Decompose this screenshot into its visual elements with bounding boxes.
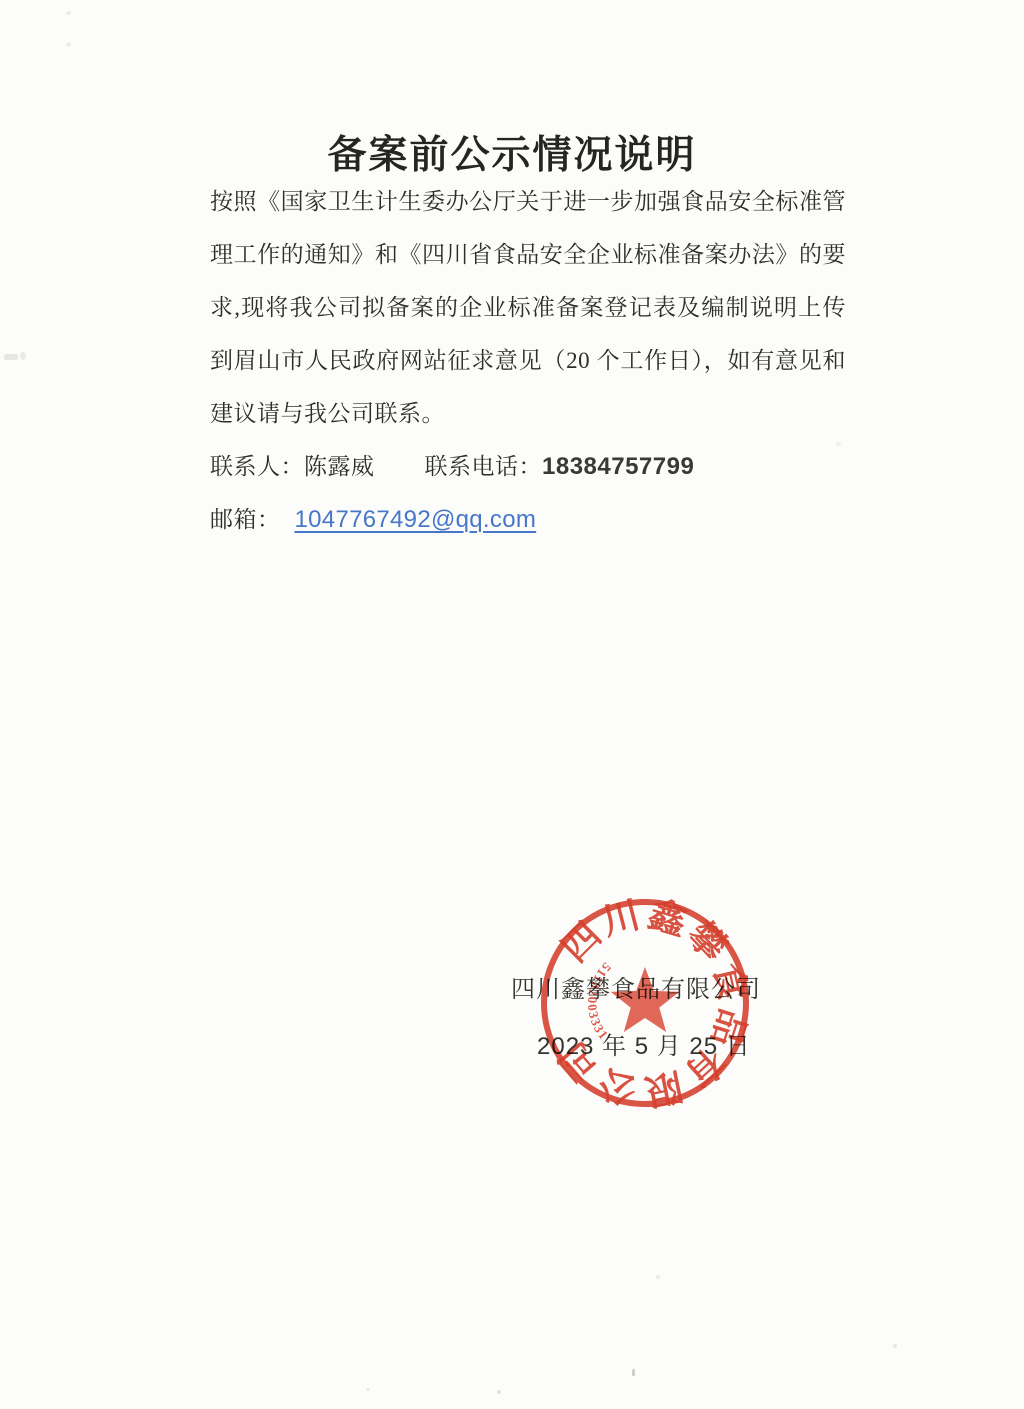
signature-date: 2023 年 5 月 25 日 bbox=[537, 1026, 751, 1061]
contact-person-label: 联系人： bbox=[210, 454, 304, 479]
contact-person-name: 陈露威 bbox=[304, 454, 375, 479]
paper-speck bbox=[893, 1344, 897, 1348]
signature-company: 四川鑫攀食品有限公司 bbox=[511, 969, 761, 1004]
paper-speck bbox=[656, 1275, 660, 1279]
seal-ring-text: 四川鑫攀食品有限公司 bbox=[549, 895, 750, 1113]
contact-phone-number: 18384757799 bbox=[542, 453, 694, 480]
document-body: 按照《国家卫生计生委办公厅关于进一步加强食品安全标准管 理工作的通知》和《四川省… bbox=[210, 175, 846, 546]
paper-speck bbox=[4, 354, 18, 360]
paper-speck bbox=[66, 11, 71, 15]
paragraph-line: 到眉山市人民政府网站征求意见（20 个工作日），如有意见和 bbox=[210, 334, 846, 387]
email-label: 邮箱： bbox=[210, 507, 281, 532]
paragraph-line: 建议请与我公司联系。 bbox=[210, 387, 846, 440]
scanned-document-page: 备案前公示情况说明 按照《国家卫生计生委办公厅关于进一步加强食品安全标准管 理工… bbox=[0, 0, 1024, 1409]
paper-speck bbox=[366, 1388, 370, 1391]
paper-speck bbox=[632, 1369, 635, 1376]
email-link[interactable]: 1047767492@qq.com bbox=[295, 506, 537, 533]
contact-row: 联系人：陈露威联系电话：18384757799 bbox=[210, 440, 846, 493]
contact-phone-label: 联系电话： bbox=[425, 454, 543, 479]
paper-speck bbox=[836, 442, 841, 446]
company-seal: 四川鑫攀食品有限公司 51102003331 bbox=[540, 895, 750, 1113]
paragraph-line: 理工作的通知》和《四川省食品安全企业标准备案办法》的要 bbox=[210, 228, 846, 281]
paper-speck bbox=[20, 352, 26, 360]
document-title: 备案前公示情况说明 bbox=[0, 124, 1024, 180]
email-row: 邮箱：1047767492@qq.com bbox=[210, 493, 846, 546]
paper-speck bbox=[497, 1390, 501, 1394]
paragraph-line: 求,现将我公司拟备案的企业标准备案登记表及编制说明上传 bbox=[210, 281, 846, 334]
paper-speck bbox=[66, 42, 71, 47]
paragraph-line: 按照《国家卫生计生委办公厅关于进一步加强食品安全标准管 bbox=[210, 175, 846, 228]
